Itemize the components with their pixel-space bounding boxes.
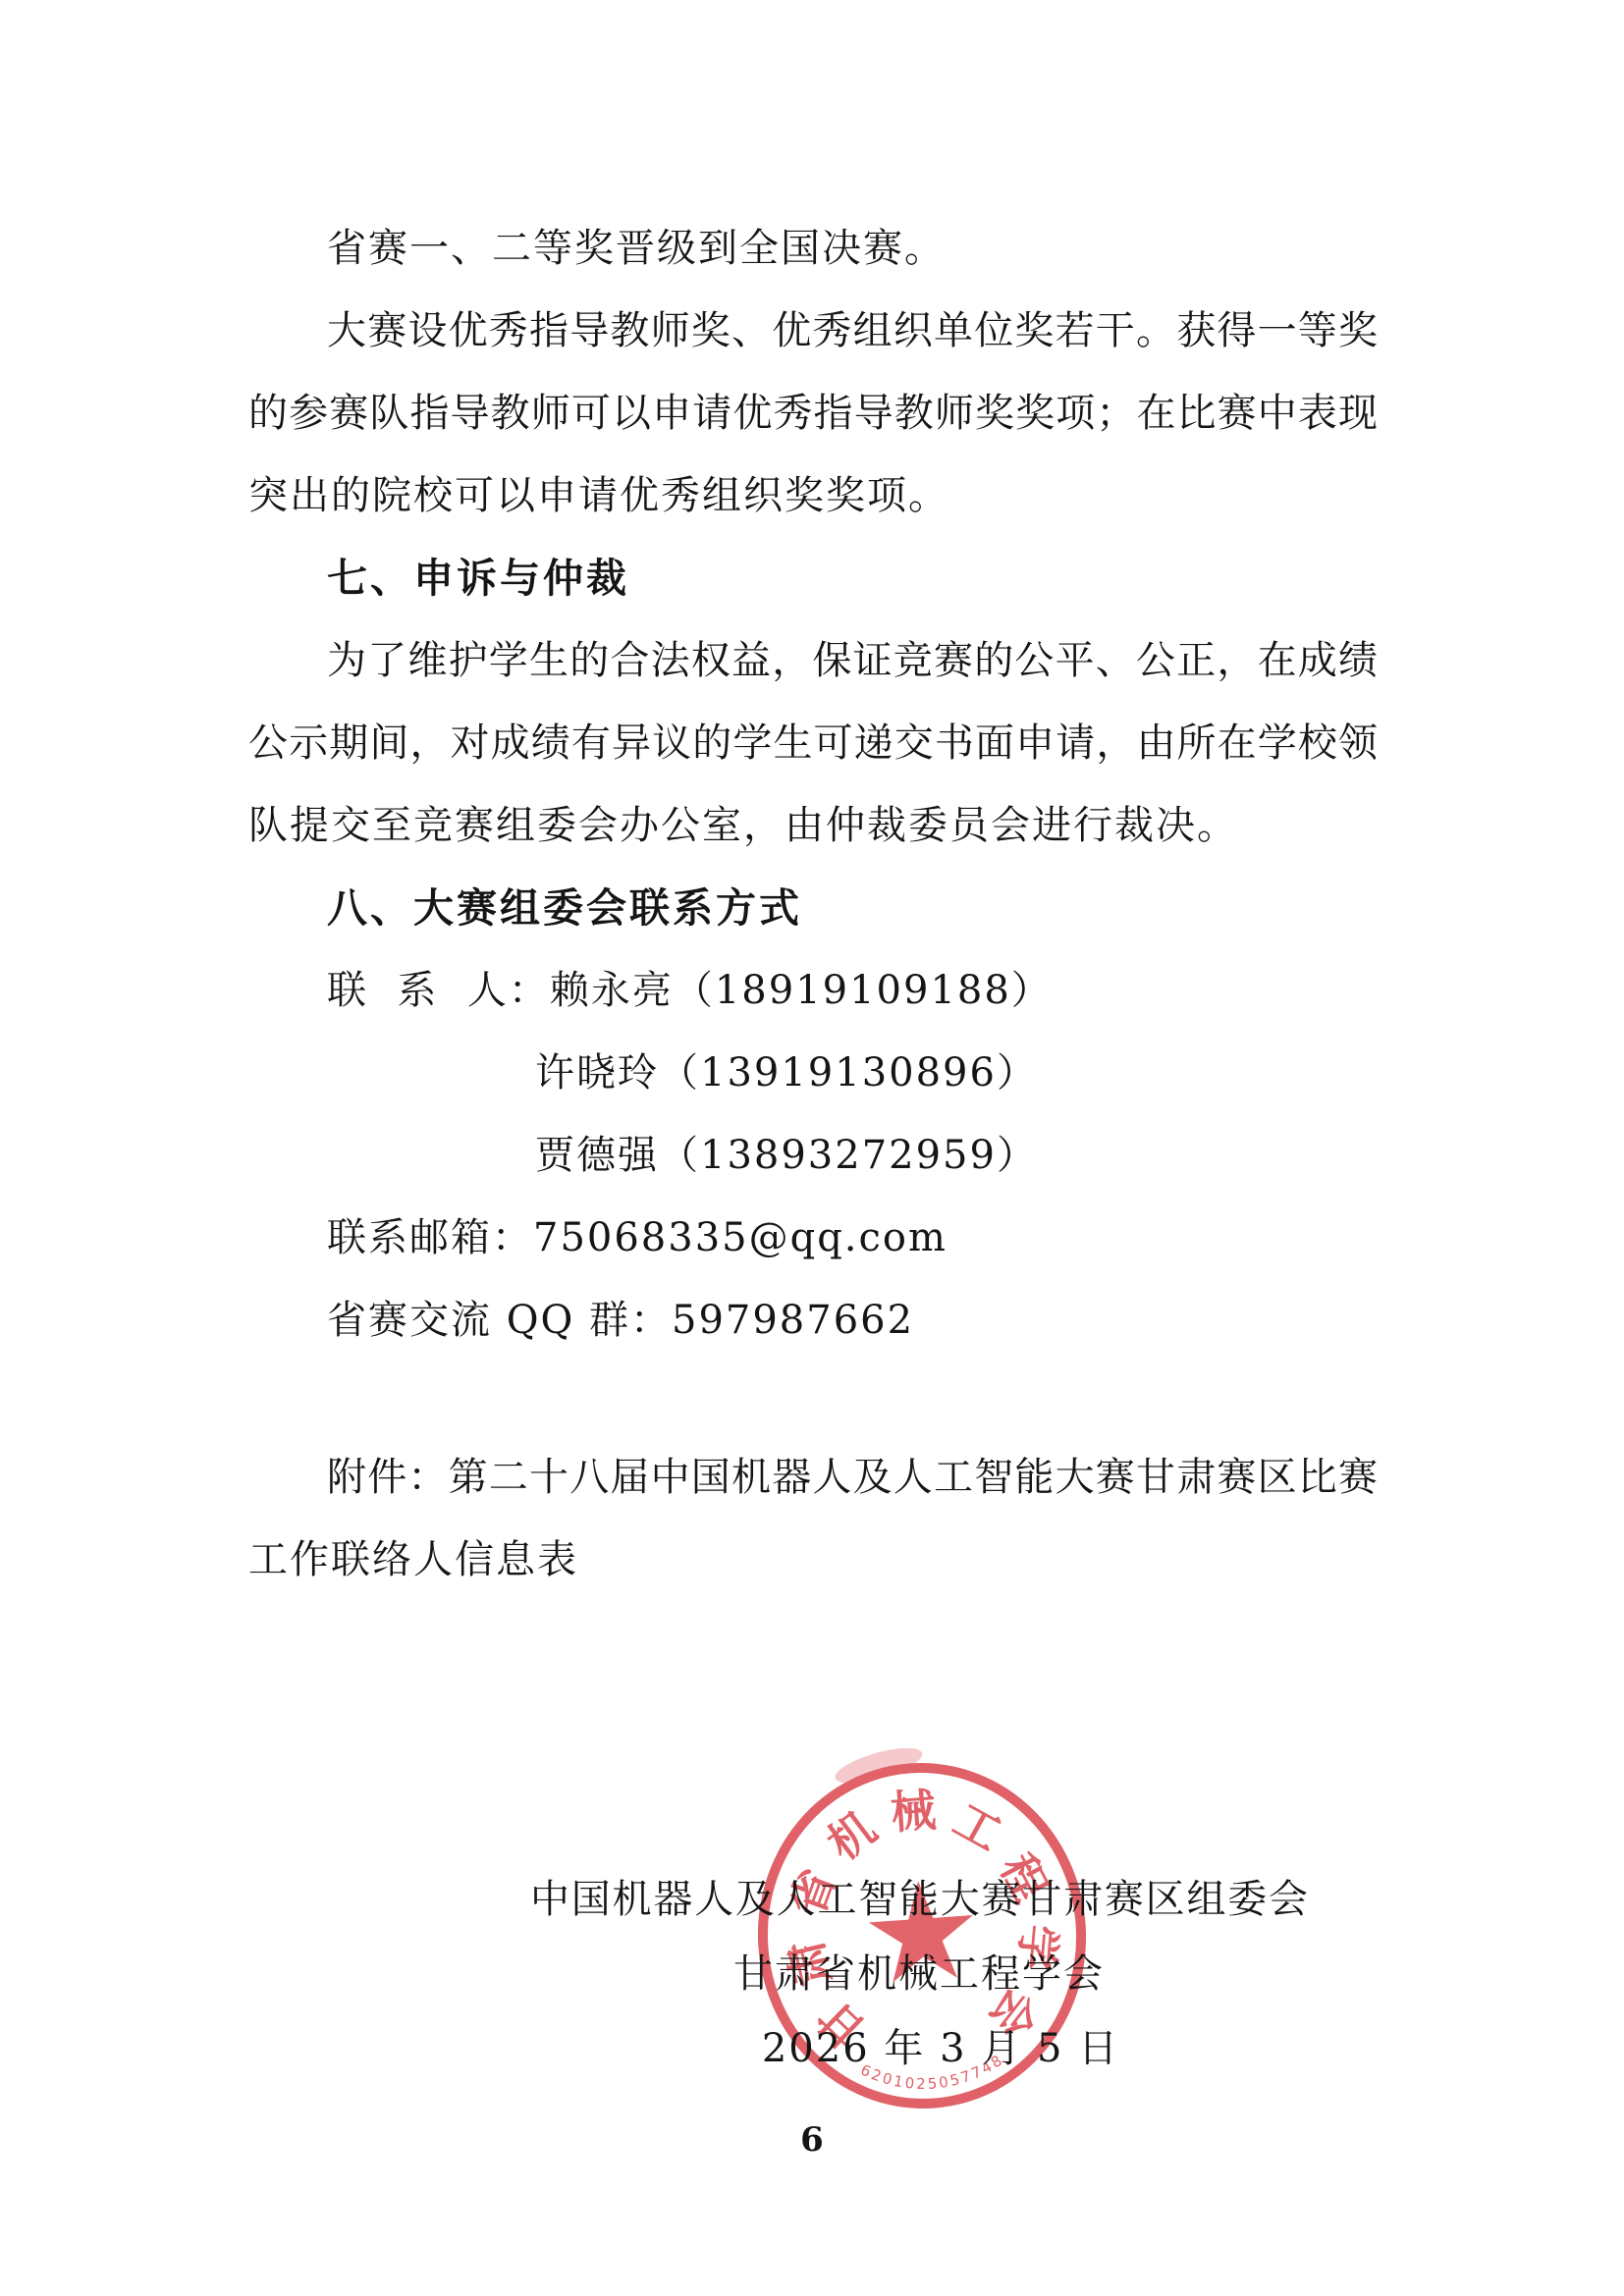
signature-block: 中国机器人及人工智能大赛甘肃赛区组委会 甘肃省机械工程学会 2026 年 3 月…: [530, 1862, 1308, 2086]
document-page: 省赛一、二等奖晋级到全国决赛。 大赛设优秀指导教师奖、优秀组织单位奖若干。获得一…: [0, 0, 1624, 2296]
signature-org-society: 甘肃省机械工程学会: [530, 1937, 1308, 2011]
svg-text:工: 工: [945, 1792, 1009, 1861]
body-line: 大赛设优秀指导教师奖、优秀组织单位奖若干。获得一等奖: [248, 290, 1378, 372]
contact-person-line: 联 系 人：赖永亮（18919109188）: [248, 949, 1378, 1032]
contact-email: 联系邮箱：75068335@qq.com: [248, 1197, 1378, 1279]
contact-person-1: 赖永亮（18919109188）: [550, 968, 1053, 1013]
document-body: 省赛一、二等奖晋级到全国决赛。 大赛设优秀指导教师奖、优秀组织单位奖若干。获得一…: [248, 207, 1378, 1601]
signature-date: 2026 年 3 月 5 日: [552, 2011, 1329, 2086]
contact-person-3: 贾德强（13893272959）: [248, 1114, 1378, 1197]
attachment-line: 附件：第二十八届中国机器人及人工智能大赛甘肃赛区比赛: [248, 1436, 1378, 1519]
section-heading-contact: 八、大赛组委会联系方式: [248, 867, 1378, 949]
svg-text:机: 机: [818, 1801, 886, 1871]
body-line: 公示期间，对成绩有异议的学生可递交书面申请，由所在学校领: [248, 702, 1378, 784]
page-number: 6: [0, 2120, 1624, 2160]
spacer: [248, 1362, 1378, 1436]
svg-text:械: 械: [889, 1784, 938, 1840]
contact-label: 联 系 人：: [327, 968, 550, 1013]
seal-smudge: [832, 1740, 926, 1789]
section-heading-appeal: 七、申诉与仲裁: [248, 537, 1378, 619]
contact-qq-group: 省赛交流 QQ 群：597987662: [248, 1279, 1378, 1362]
body-line: 为了维护学生的合法权益，保证竞赛的公平、公正，在成绩: [248, 619, 1378, 702]
body-line: 的参赛队指导教师可以申请优秀指导教师奖奖项；在比赛中表现: [248, 372, 1378, 454]
body-line: 队提交至竞赛组委会办公室，由仲裁委员会进行裁决。: [248, 784, 1378, 867]
body-line: 省赛一、二等奖晋级到全国决赛。: [248, 207, 1378, 290]
contact-person-2: 许晓玲（13919130896）: [248, 1032, 1378, 1114]
signature-org-committee: 中国机器人及人工智能大赛甘肃赛区组委会: [530, 1862, 1308, 1937]
body-line: 突出的院校可以申请优秀组织奖奖项。: [248, 454, 1378, 537]
attachment-line: 工作联络人信息表: [248, 1519, 1378, 1601]
